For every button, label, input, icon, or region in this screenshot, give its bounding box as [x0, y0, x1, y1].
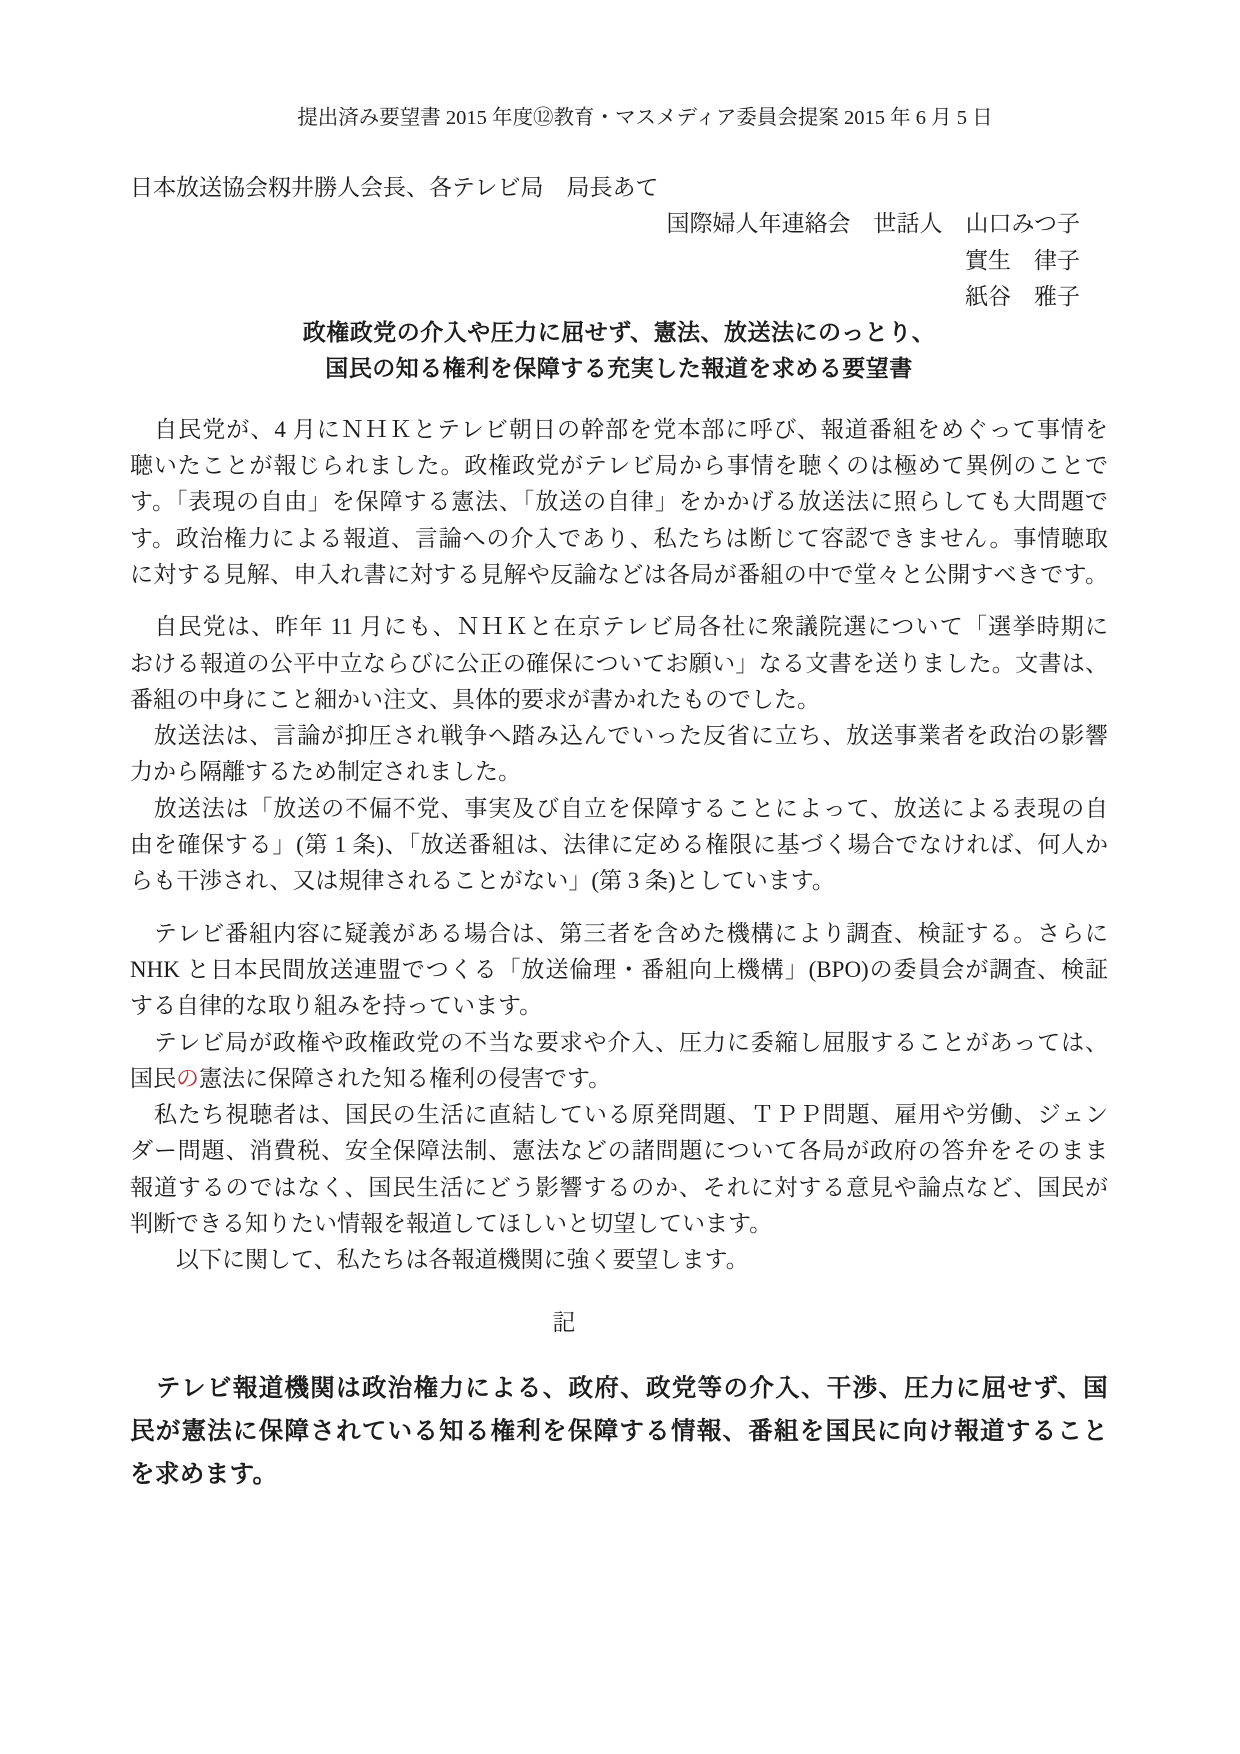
sender-name: 紙谷 雅子	[130, 279, 1108, 315]
paragraph-line: する自律的な取り組みを持っています。	[130, 988, 1108, 1024]
paragraph-line: 聴いたことが報じられました。政権政党がテレビ局から事情を聴くのは極めて異例のこと…	[130, 448, 1108, 484]
ki-marker: 記	[75, 1305, 1053, 1341]
sender-organization: 国際婦人年連絡会 世話人 山口みつ子	[130, 206, 1108, 242]
paragraph-line: テレビ局が政権や政権政党の不当な要求や介入、圧力に委縮し屈服することがあっては、	[130, 1025, 1108, 1061]
spacer	[130, 1279, 1108, 1305]
paragraph-line: おける報道の公平中立ならびに公正の確保についてお願い」なる文書を送りました。文書…	[130, 646, 1108, 682]
demand-line: 民が憲法に保障されている知る権利を保障する情報、番組を国民に向け報道すること	[130, 1410, 1108, 1453]
paragraph-line: 力から隔離するため制定されました。	[130, 754, 1108, 790]
paragraph-line: す。政治権力による報道、言論への介入であり、私たちは断じて容認できません。事情聴…	[130, 521, 1108, 557]
document-page: 提出済み要望書 2015 年度⑫教育・マスメディア委員会提案 2015 年 6 …	[0, 0, 1240, 1754]
paragraph-line: 私たち視聴者は、国民の生活に直結している原発問題、ＴＰＰ問題、雇用や労働、ジェン	[130, 1097, 1108, 1133]
paragraph-line: 国民の憲法に保障された知る権利の侵害です。	[130, 1061, 1108, 1097]
paragraph-line: ダー問題、消費税、安全保障法制、憲法などの諸問題について各局が政府の答弁をそのま…	[130, 1133, 1108, 1169]
paragraph-line: NHK と日本民間放送連盟でつくる「放送倫理・番組向上機構」(BPO)の委員会が…	[130, 952, 1108, 988]
document-header-line: 提出済み要望書 2015 年度⑫教育・マスメディア委員会提案 2015 年 6 …	[156, 102, 1134, 134]
spacer	[130, 900, 1108, 916]
addressee-line: 日本放送協会籾井勝人会長、各テレビ局 局長あて	[130, 170, 1108, 206]
paragraph-line: 自民党が、4 月にＮＨＫとテレビ朝日の幹部を党本部に呼び、報道番組をめぐって事情…	[130, 412, 1108, 448]
paragraph-line: らも干渉され、又は規律されることがない」(第 3 条)としています。	[130, 863, 1108, 899]
text-segment: 憲法に保障された知る権利の侵害です。	[199, 1066, 611, 1091]
paragraph-line: テレビ番組内容に疑義がある場合は、第三者を含めた機構により調査、検証する。さらに	[130, 916, 1108, 952]
paragraph-line: 由を確保する」(第 1 条)、「放送番組は、法律に定める権限に基づく場合でなけれ…	[130, 827, 1108, 863]
paragraph-line: に対する見解、申入れ書に対する見解や反論などは各局が番組の中で堂々と公開すべきで…	[130, 557, 1108, 593]
document-title-line-2: 国民の知る権利を保障する充実した報道を求める要望書	[130, 351, 1108, 387]
paragraph-line: す。「表現の自由」を保障する憲法、「放送の自律」をかかげる放送法に照らしても大問…	[130, 484, 1108, 520]
paragraph-line: 自民党は、昨年 11 月にも、ＮＨＫと在京テレビ局各社に衆議院選について「選挙時…	[130, 609, 1108, 645]
demand-line: を求めます。	[130, 1453, 1108, 1496]
spacer	[130, 593, 1108, 609]
paragraph-line: 番組の中身にこと細かい注文、具体的要求が書かれたものでした。	[130, 682, 1108, 718]
paragraph-line: 放送法は「放送の不偏不党、事実及び自立を保障することによって、放送による表現の自	[130, 791, 1108, 827]
red-particle: の	[176, 1066, 199, 1091]
sender-name: 實生 律子	[130, 243, 1108, 279]
paragraph-line: 報道するのではなく、国民生活にどう影響するのか、それに対する意見や論点など、国民…	[130, 1170, 1108, 1206]
closing-sentence: 以下に関して、私たちは各報道機関に強く要望します。	[130, 1242, 1108, 1278]
document-title-line-1: 政権政党の介入や圧力に屈せず、憲法、放送法にのっとり、	[130, 315, 1108, 351]
demand-line: テレビ報道機関は政治権力による、政府、政党等の介入、干渉、圧力に屈せず、国	[130, 1367, 1108, 1410]
paragraph-line: 判断できる知りたい情報を報道してほしいと切望しています。	[130, 1206, 1108, 1242]
text-segment: 国民	[130, 1066, 176, 1091]
spacer	[130, 388, 1108, 412]
spacer	[130, 1341, 1108, 1367]
paragraph-line: 放送法は、言論が抑圧され戦争へ踏み込んでいった反省に立ち、放送事業者を政治の影響	[130, 718, 1108, 754]
